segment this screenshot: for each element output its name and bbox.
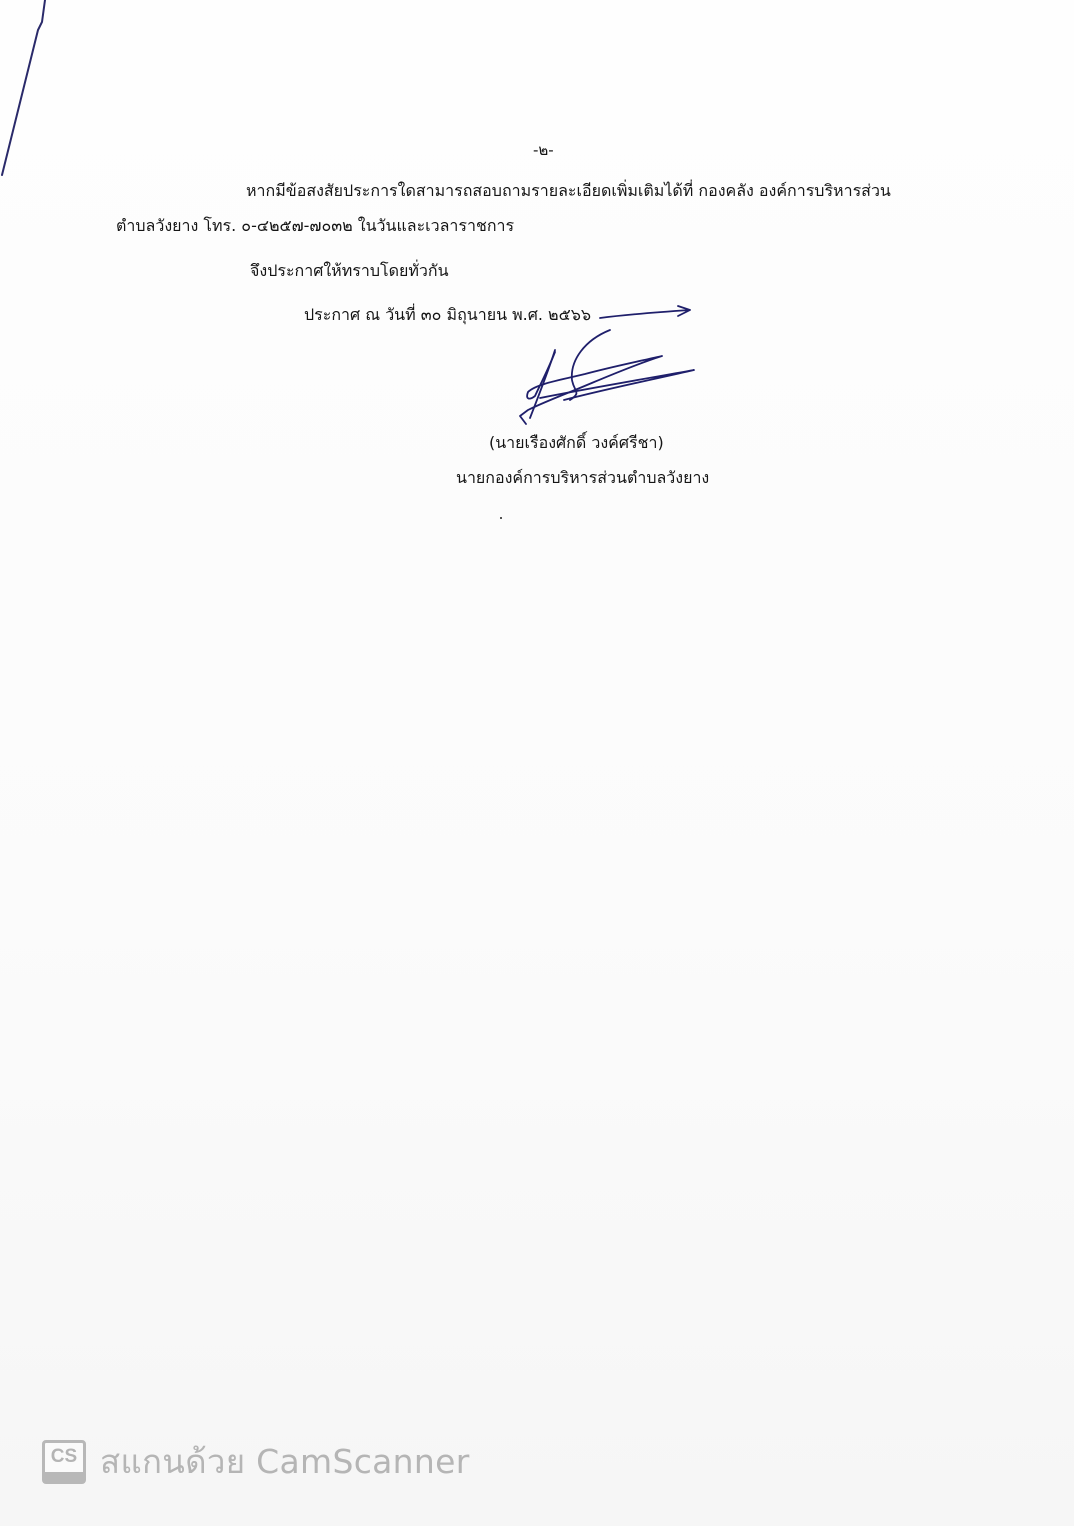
camscanner-logo-bar — [45, 1472, 83, 1481]
camscanner-watermark: CS สแกนด้วย CamScanner — [42, 1440, 470, 1484]
scanned-document-page: -๒- หากมีข้อสงสัยประการใดสามารถสอบถามราย… — [0, 0, 1074, 1526]
scan-edge-pen-mark — [0, 0, 60, 200]
signer-name: (นายเรืองศักดิ์ วงค์ศรีชา) — [489, 433, 664, 453]
camscanner-logo-icon: CS — [42, 1440, 86, 1484]
scan-speck — [500, 517, 502, 519]
camscanner-label: สแกนด้วย CamScanner — [100, 1442, 470, 1482]
handwritten-signature — [500, 300, 720, 440]
contact-paragraph-line-2: ตำบลวังยาง โทร. ๐-๔๒๕๗-๗๐๓๒ ในวันและเวลา… — [116, 216, 514, 236]
signer-title: นายกองค์การบริหารส่วนตำบลวังยาง — [456, 468, 709, 488]
announcement-statement: จึงประกาศให้ทราบโดยทั่วกัน — [250, 261, 449, 281]
camscanner-logo-text: CS — [51, 1443, 77, 1471]
page-number: -๒- — [533, 140, 554, 160]
contact-paragraph-line-1: หากมีข้อสงสัยประการใดสามารถสอบถามรายละเอ… — [246, 181, 891, 201]
